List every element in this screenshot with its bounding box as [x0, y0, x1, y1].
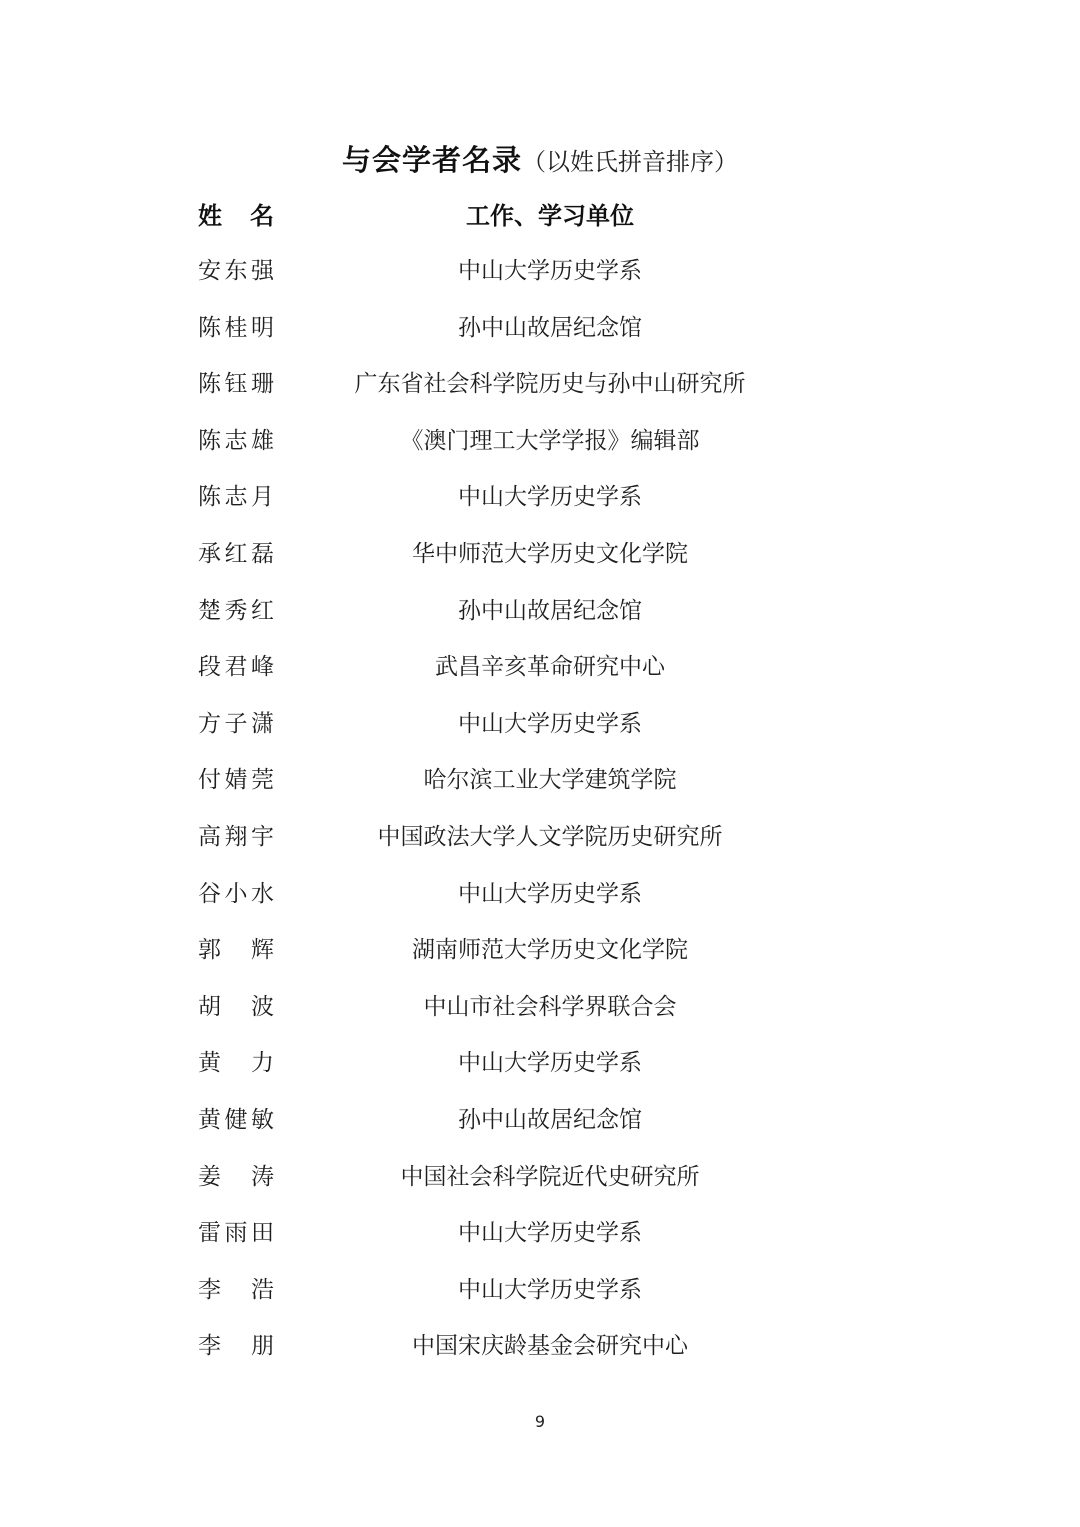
participant-name-char: 波: [251, 988, 274, 1026]
participant-name-char: 敏: [251, 1101, 274, 1139]
table-row: 郭辉湖南师范大学历史文化学院: [0, 931, 1080, 988]
participant-name-char: 子: [225, 705, 248, 743]
participant-list: 安东强中山大学历史学系陈桂明孙中山故居纪念馆陈钰珊广东省社会科学院历史与孙中山研…: [0, 252, 1080, 1384]
participant-affiliation: 中山大学历史学系: [300, 875, 800, 913]
table-row: 段君峰武昌辛亥革命研究中心: [0, 648, 1080, 705]
participant-name-char: 志: [225, 422, 248, 460]
participant-name: 陈志雄: [198, 422, 274, 460]
participant-affiliation: 孙中山故居纪念馆: [300, 1101, 800, 1139]
participant-name-char: 辉: [251, 931, 274, 969]
table-row: 高翔宇中国政法大学人文学院历史研究所: [0, 818, 1080, 875]
participant-affiliation: 中国政法大学人文学院历史研究所: [300, 818, 800, 856]
table-row: 陈志雄《澳门理工大学学报》编辑部: [0, 422, 1080, 479]
column-header-name: 姓 名: [198, 196, 274, 231]
participant-name-char: 李: [198, 1327, 221, 1365]
participant-name-char: 水: [251, 875, 274, 913]
participant-name-char: 雨: [225, 1214, 248, 1252]
participant-name-char: 小: [225, 875, 248, 913]
participant-affiliation: 华中师范大学历史文化学院: [300, 535, 800, 573]
document-page: 与会学者名录（以姓氏拼音排序） 姓 名 工作、学习单位 安东强中山大学历史学系陈…: [0, 0, 1080, 1527]
participant-name-char: 田: [251, 1214, 274, 1252]
table-row: 黄健敏孙中山故居纪念馆: [0, 1101, 1080, 1158]
participant-name-char: 宇: [251, 818, 274, 856]
table-row: 李朋中国宋庆龄基金会研究中心: [0, 1327, 1080, 1384]
participant-affiliation: 孙中山故居纪念馆: [300, 592, 800, 630]
participant-affiliation: 中山大学历史学系: [300, 1271, 800, 1309]
participant-name: 楚秀红: [198, 592, 274, 630]
participant-name: 段君峰: [198, 648, 274, 686]
table-row: 楚秀红孙中山故居纪念馆: [0, 592, 1080, 649]
participant-affiliation: 孙中山故居纪念馆: [300, 309, 800, 347]
participant-name: 安东强: [198, 252, 274, 290]
column-header-unit: 工作、学习单位: [320, 196, 780, 231]
participant-affiliation: 中山大学历史学系: [300, 1214, 800, 1252]
table-row: 陈钰珊广东省社会科学院历史与孙中山研究所: [0, 365, 1080, 422]
participant-name-char: 莞: [251, 761, 274, 799]
table-row: 胡波中山市社会科学界联合会: [0, 988, 1080, 1045]
participant-name-char: 雄: [251, 422, 274, 460]
participant-affiliation: 武昌辛亥革命研究中心: [300, 648, 800, 686]
participant-name: 姜涛: [198, 1158, 274, 1196]
title-main: 与会学者名录: [342, 143, 522, 177]
participant-name-char: 高: [198, 818, 221, 856]
table-row: 陈桂明孙中山故居纪念馆: [0, 309, 1080, 366]
page-number: 9: [0, 1412, 1080, 1431]
participant-name-char: 婧: [225, 761, 248, 799]
participant-name-char: 志: [225, 478, 248, 516]
participant-name-char: 雷: [198, 1214, 221, 1252]
participant-name-char: 红: [251, 592, 274, 630]
participant-name-char: 珊: [251, 365, 274, 403]
participant-name-char: 翔: [225, 818, 248, 856]
participant-affiliation: 中国社会科学院近代史研究所: [300, 1158, 800, 1196]
participant-name: 陈桂明: [198, 309, 274, 347]
participant-name-char: 力: [251, 1044, 274, 1082]
participant-name-char: 黄: [198, 1044, 221, 1082]
participant-affiliation: 哈尔滨工业大学建筑学院: [300, 761, 800, 799]
participant-name-char: 黄: [198, 1101, 221, 1139]
participant-name-char: 秀: [225, 592, 248, 630]
column-header-name-char: 姓: [198, 196, 222, 231]
participant-name-char: 潇: [251, 705, 274, 743]
participant-affiliation: 中国宋庆龄基金会研究中心: [300, 1327, 800, 1365]
participant-name: 雷雨田: [198, 1214, 274, 1252]
participant-name-char: 付: [198, 761, 221, 799]
participant-name-char: 陈: [198, 309, 221, 347]
table-header: 姓 名 工作、学习单位: [0, 196, 1080, 236]
participant-name-char: 段: [198, 648, 221, 686]
table-row: 承红磊华中师范大学历史文化学院: [0, 535, 1080, 592]
participant-name-char: 磊: [251, 535, 274, 573]
participant-affiliation: 广东省社会科学院历史与孙中山研究所: [300, 365, 800, 403]
participant-name-char: 胡: [198, 988, 221, 1026]
table-row: 姜涛中国社会科学院近代史研究所: [0, 1158, 1080, 1215]
participant-name: 方子潇: [198, 705, 274, 743]
participant-name-char: 李: [198, 1271, 221, 1309]
table-row: 李浩中山大学历史学系: [0, 1271, 1080, 1328]
participant-affiliation: 《澳门理工大学学报》编辑部: [300, 422, 800, 460]
table-row: 黄力中山大学历史学系: [0, 1044, 1080, 1101]
participant-name-char: 承: [198, 535, 221, 573]
participant-name: 陈钰珊: [198, 365, 274, 403]
participant-affiliation: 中山市社会科学界联合会: [300, 988, 800, 1026]
participant-name-char: 红: [225, 535, 248, 573]
participant-name-char: 明: [251, 309, 274, 347]
page-title: 与会学者名录（以姓氏拼音排序）: [0, 138, 1080, 179]
participant-name: 谷小水: [198, 875, 274, 913]
participant-name-char: 朋: [251, 1327, 274, 1365]
participant-name: 黄健敏: [198, 1101, 274, 1139]
participant-name: 郭辉: [198, 931, 274, 969]
participant-name: 李朋: [198, 1327, 274, 1365]
participant-name: 高翔宇: [198, 818, 274, 856]
participant-name-char: 桂: [225, 309, 248, 347]
participant-affiliation: 湖南师范大学历史文化学院: [300, 931, 800, 969]
participant-name-char: 楚: [198, 592, 221, 630]
participant-name: 付婧莞: [198, 761, 274, 799]
participant-affiliation: 中山大学历史学系: [300, 705, 800, 743]
participant-name-char: 陈: [198, 478, 221, 516]
participant-affiliation: 中山大学历史学系: [300, 252, 800, 290]
participant-affiliation: 中山大学历史学系: [300, 478, 800, 516]
participant-name-char: 东: [225, 252, 248, 290]
participant-affiliation: 中山大学历史学系: [300, 1044, 800, 1082]
table-row: 付婧莞哈尔滨工业大学建筑学院: [0, 761, 1080, 818]
table-row: 谷小水中山大学历史学系: [0, 875, 1080, 932]
participant-name-char: 郭: [198, 931, 221, 969]
participant-name-char: 谷: [198, 875, 221, 913]
participant-name-char: 陈: [198, 422, 221, 460]
participant-name-char: 涛: [251, 1158, 274, 1196]
participant-name-char: 姜: [198, 1158, 221, 1196]
table-row: 方子潇中山大学历史学系: [0, 705, 1080, 762]
participant-name-char: 君: [225, 648, 248, 686]
table-row: 安东强中山大学历史学系: [0, 252, 1080, 309]
table-row: 雷雨田中山大学历史学系: [0, 1214, 1080, 1271]
participant-name-char: 健: [225, 1101, 248, 1139]
participant-name: 胡波: [198, 988, 274, 1026]
participant-name-char: 峰: [251, 648, 274, 686]
participant-name: 黄力: [198, 1044, 274, 1082]
participant-name: 承红磊: [198, 535, 274, 573]
participant-name-char: 陈: [198, 365, 221, 403]
participant-name: 李浩: [198, 1271, 274, 1309]
participant-name: 陈志月: [198, 478, 274, 516]
column-header-name-char: 名: [250, 196, 274, 231]
participant-name-char: 浩: [251, 1271, 274, 1309]
participant-name-char: 钰: [225, 365, 248, 403]
participant-name-char: 方: [198, 705, 221, 743]
participant-name-char: 安: [198, 252, 221, 290]
participant-name-char: 月: [251, 478, 274, 516]
participant-name-char: 强: [251, 252, 274, 290]
table-row: 陈志月中山大学历史学系: [0, 478, 1080, 535]
title-subtitle: （以姓氏拼音排序）: [522, 148, 738, 176]
